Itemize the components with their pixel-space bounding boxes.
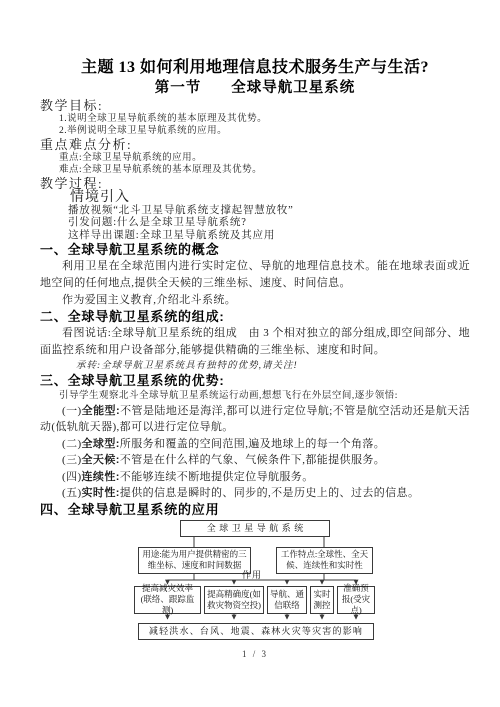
diagram-use-box: 用途:能为用户提供精密的三维坐标、速度和时间数据 bbox=[138, 547, 251, 574]
application-diagram: 全球卫星导航系统 用途:能为用户提供精密的三维坐标、速度和时间数据 工作特点:全… bbox=[130, 518, 380, 646]
section-heading-composition: 二、全球导航卫星系统的组成: bbox=[40, 309, 470, 325]
advantage-text: 提供的信息是瞬时的、同步的,不是历史上的、过去的信息。 bbox=[120, 487, 420, 499]
process-line: 这样导出课题:全球卫星导航系统及其应用 bbox=[40, 230, 470, 242]
advantage-no: (二) bbox=[62, 438, 82, 450]
diagram-root-box: 全球卫星导航系统 bbox=[180, 520, 330, 537]
advantage-label: 连续性: bbox=[82, 471, 120, 483]
advantage-item: (一)全能型:不管是陆地还是海洋,都可以进行定位导航;不管是航空活动还是航天活动… bbox=[40, 403, 470, 436]
advantage-no: (三) bbox=[62, 454, 82, 466]
key-point-item: 难点:全球卫星导航系统的基本原理及其优势。 bbox=[40, 164, 470, 176]
key-point-item: 重点:全球卫星导航系统的应用。 bbox=[40, 152, 470, 164]
advantage-label: 全天候: bbox=[82, 454, 120, 466]
process-line: 播放视频“北斗卫星导航系统支撑起智慧放牧” bbox=[40, 205, 470, 217]
advantage-label: 全球型: bbox=[82, 438, 120, 450]
diagram-effect-box: 实时测控 bbox=[310, 586, 334, 614]
concept-note: 作为爱国主义教育,介绍北斗系统。 bbox=[40, 292, 470, 309]
advantage-no: (一) bbox=[62, 405, 82, 417]
intro-title: 情境引入 bbox=[40, 191, 470, 205]
diagram-outcome-box: 减轻洪水、台风、地震、森林火灾等灾害的影响 bbox=[138, 623, 374, 640]
diagram-effect-box: 准确预报(受灾点) bbox=[337, 586, 375, 614]
advantage-text: 不能够连续不断地提供定位导航服务。 bbox=[120, 471, 314, 483]
advantage-item: (二)全球型:所服务和覆盖的空间范围,遍及地球上的每一个角落。 bbox=[40, 436, 470, 453]
advantage-item: (四)连续性:不能够连续不断地提供定位导航服务。 bbox=[40, 469, 470, 486]
diagram-effect-box: 提高减灾效率(联络、跟踪监测) bbox=[134, 586, 201, 614]
advantage-label: 全能型: bbox=[82, 405, 120, 417]
doc-subtitle: 第一节全球导航卫星系统 bbox=[40, 79, 470, 98]
heading-objectives: 教学目标: bbox=[40, 98, 470, 113]
section-heading-concept: 一、全球导航卫星系统的概念 bbox=[40, 242, 470, 258]
page-number: 1 / 3 bbox=[40, 648, 470, 660]
diagram-effect-box: 导航、通信联络 bbox=[267, 586, 307, 614]
diagram-feature-box: 工作特点:全球性、全天候、连续性和实时性 bbox=[276, 547, 373, 574]
doc-title: 主题 13 如何利用地理信息技术服务生产与生活? bbox=[40, 57, 470, 79]
advantage-item: (五)实时性:提供的信息是瞬时的、同步的,不是历史上的、过去的信息。 bbox=[40, 485, 470, 502]
heading-key-points: 重点难点分析: bbox=[40, 137, 470, 152]
diagram-effect-box: 提高精确度(如救灾物资空投) bbox=[204, 586, 264, 614]
section-heading-application: 四、全球导航卫星系统的应用 bbox=[40, 502, 470, 518]
advantage-no: (五) bbox=[62, 487, 82, 499]
advantage-no: (四) bbox=[62, 471, 82, 483]
process-line: 引发问题:什么是全球卫星导航系统? bbox=[40, 217, 470, 229]
advantages-lead: 引导学生观察北斗全球导航卫星系统运行动画,想想飞行在外层空间,逐步领悟: bbox=[40, 389, 470, 403]
advantage-label: 实时性: bbox=[82, 487, 120, 499]
advantage-text: 不管是在什么样的气象、气候条件下,都能提供服务。 bbox=[120, 454, 385, 466]
transition-note: 承转:全球导航卫星系统具有独特的优势,请关注! bbox=[40, 359, 470, 373]
concept-paragraph: 利用卫星在全球范围内进行实时定位、导航的地理信息技术。能在地球表面或近地空间的任… bbox=[40, 258, 470, 292]
heading-process: 教学过程: bbox=[40, 176, 470, 191]
document-page: 主题 13 如何利用地理信息技术服务生产与生活? 第一节全球导航卫星系统 教学目… bbox=[0, 0, 500, 660]
objective-item: 1.说明全球卫星导航系统的基本原理及其优势。 bbox=[40, 113, 470, 125]
advantage-item: (三)全天候:不管是在什么样的气象、气候条件下,都能提供服务。 bbox=[40, 452, 470, 469]
objective-item: 2.举例说明全球卫星导航系统的应用。 bbox=[40, 125, 470, 137]
section-heading-advantages: 三、全球导航卫星系统的优势: bbox=[40, 373, 470, 389]
diagram-action-label: 作用 bbox=[242, 568, 262, 581]
subtitle-section-title: 全球导航卫星系统 bbox=[231, 80, 355, 96]
advantage-text: 所服务和覆盖的空间范围,遍及地球上的每一个角落。 bbox=[120, 438, 385, 450]
subtitle-section-no: 第一节 bbox=[155, 80, 202, 96]
composition-paragraph: 看图说话:全球导航卫星系统的组成 由 3 个相对独立的部分组成,即空间部分、地面… bbox=[40, 325, 470, 359]
